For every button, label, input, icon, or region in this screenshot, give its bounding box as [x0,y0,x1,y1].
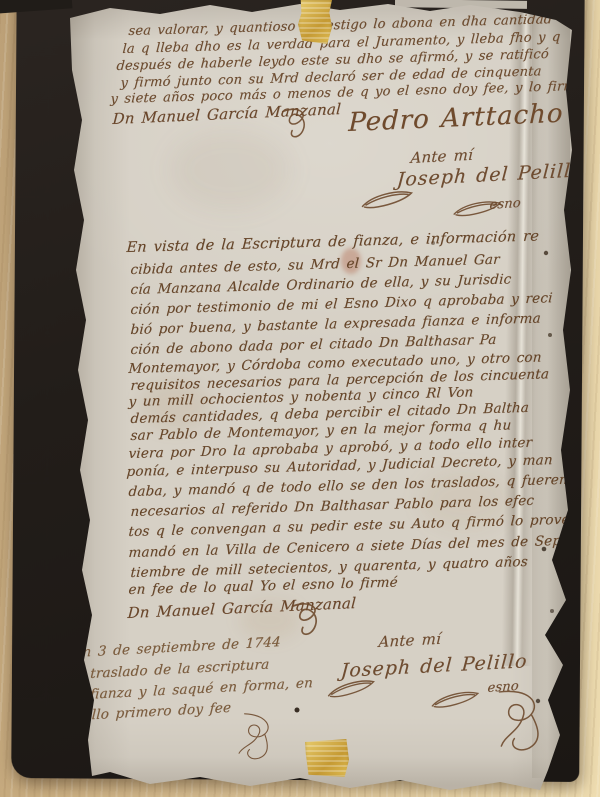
rubric-flourish-icon [278,104,312,142]
ante-mi-label-bottom: Ante mí [378,630,441,651]
rubric-flourish-icon [429,684,484,715]
rubric-flourish-icon [288,598,324,640]
rubric-flourish-icon [324,672,380,707]
photo-scene: sea valorar, y quantioso el testigo lo a… [0,0,600,797]
ante-mi-label-top: Ante mí [410,146,473,167]
rubric-flourish-icon [451,195,505,222]
foxing-stain [170,130,290,210]
gold-foil-patch-bottom [305,739,349,777]
note-line: sello primero doy fee [76,700,232,724]
rubric-flourish-icon [224,708,287,765]
manuscript-page: sea valorar, y quantioso el testigo lo a… [0,0,600,797]
rubric-flourish-icon [492,686,548,752]
gold-foil-patch-top [298,0,332,44]
rubric-flourish-icon [359,184,418,216]
